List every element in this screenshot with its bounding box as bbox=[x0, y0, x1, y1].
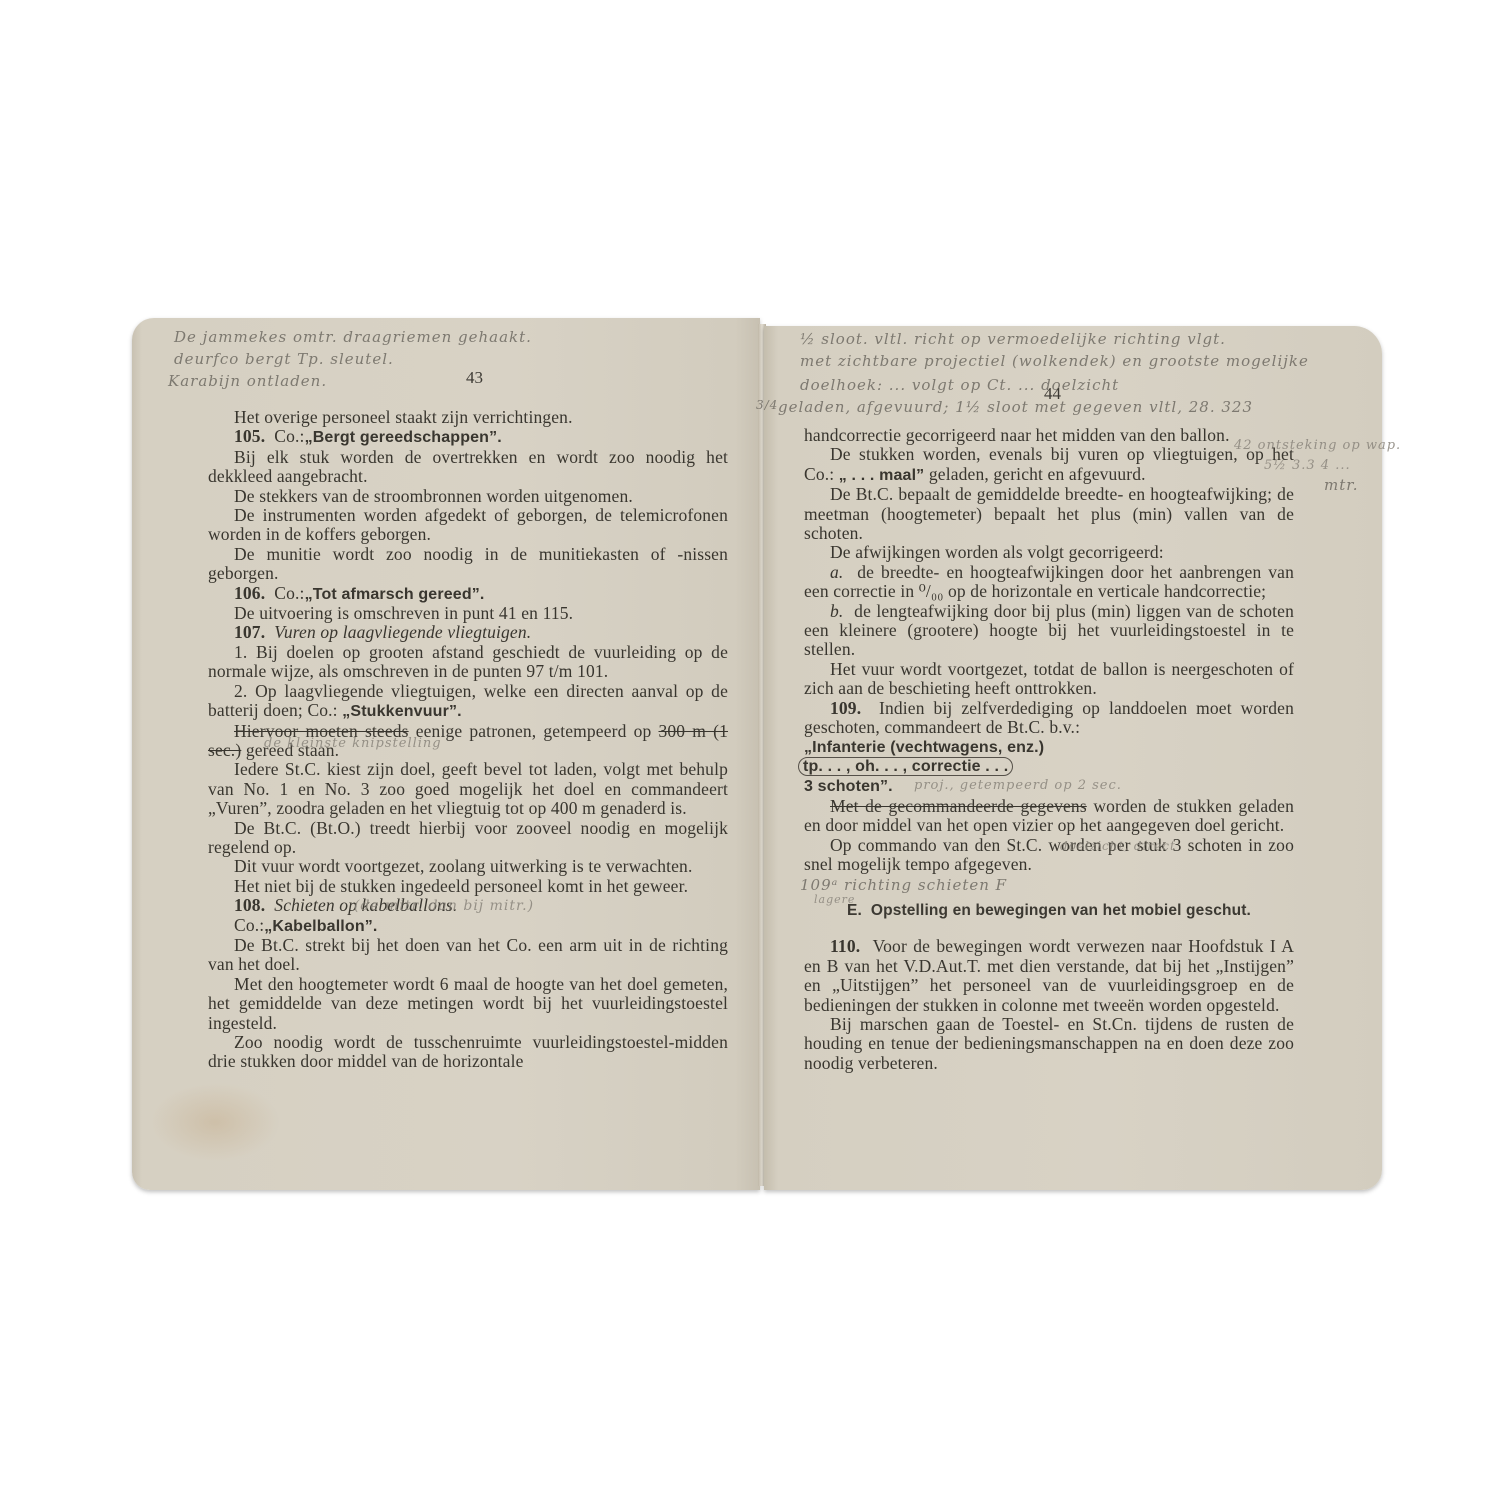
command-line-1: „Infanterie (vechtwagens, enz.) bbox=[804, 738, 1294, 757]
paragraph: Hiervoor moeten steeds eenige patronen, … bbox=[208, 722, 728, 761]
handwritten-note-top-line-3: doelhoek: ... volgt op Ct. ... doelzicht bbox=[800, 376, 1119, 394]
list-text: de breedte- en hoogteafwijkingen door he… bbox=[804, 562, 1294, 601]
list-item-a: a. de breedte- en hoogteafwijkingen door… bbox=[804, 563, 1294, 602]
paragraph-text: Indien bij zelfverdediging op landdoelen… bbox=[804, 698, 1294, 737]
paragraph: Zoo noodig wordt de tusschenruimte vuurl… bbox=[208, 1033, 728, 1072]
paragraph: De uitvoering is omschreven in punt 41 e… bbox=[208, 604, 728, 623]
command-text: „ . . . maal” bbox=[839, 467, 925, 484]
list-item-b: b. de lengteafwijking door bij plus (min… bbox=[804, 602, 1294, 660]
paragraph: Dit vuur wordt voortgezet, zoolang uitwe… bbox=[208, 857, 728, 876]
command-line-2: tp. . . , oh. . . , correctie . . . bbox=[804, 757, 1294, 776]
command-prefix: Co.: bbox=[274, 583, 304, 603]
command-line-3: 3 schoten”. proj., getempeerd op 2 sec. bbox=[804, 776, 1294, 796]
command-text: „Kabelballon”. bbox=[264, 918, 377, 935]
paragraph: De Bt.C. strekt bij het doen van het Co.… bbox=[208, 936, 728, 975]
paragraph: De afwijkingen worden als volgt gecorrig… bbox=[804, 543, 1294, 562]
handwritten-note-top-line-4: geladen, afgevuurd; 1½ sloot met gegeven… bbox=[778, 398, 1253, 416]
chapter-heading: E. Opstelling en bewegingen van het mobi… bbox=[804, 896, 1294, 921]
list-text: de lengteafwijking door bij plus (min) l… bbox=[804, 601, 1294, 660]
command-prefix: Co.: bbox=[234, 915, 264, 935]
list-label: a. bbox=[830, 562, 843, 582]
paragraph: Het niet bij de stukken ingedeeld person… bbox=[208, 877, 728, 896]
right-page-body: handcorrectie gecorrigeerd naar het midd… bbox=[804, 426, 1294, 1073]
command-line: Co.:„Kabelballon”. bbox=[208, 916, 728, 936]
paragraph: De stekkers van de stroombronnen worden … bbox=[208, 487, 728, 506]
paragraph: 1. Bij doelen op grooten afstand geschie… bbox=[208, 643, 728, 682]
paragraph-text: 2. Op laagvliegende vliegtuigen, welke e… bbox=[208, 681, 728, 720]
handwritten-note: proj., getempeerd op 2 sec. bbox=[914, 776, 1122, 795]
paragraph: 2. Op laagvliegende vliegtuigen, welke e… bbox=[208, 682, 728, 722]
left-page-body: Het overige personeel staakt zijn verric… bbox=[208, 408, 728, 1072]
paragraph: Met den hoogtemeter wordt 6 maal de hoog… bbox=[208, 975, 728, 1033]
handwritten-margin-note-3: mtr. bbox=[1324, 476, 1359, 494]
handwritten-note-top-line-1: De jammekes omtr. draagriemen gehaakt. bbox=[174, 328, 532, 346]
section-106: 106. Co.:„Tot afmarsch gereed”. bbox=[208, 584, 728, 604]
command-text: „Tot afmarsch gereed”. bbox=[305, 586, 485, 603]
paragraph-text: eenige patronen, getempeerd op bbox=[416, 721, 652, 741]
section-number: 110. bbox=[830, 936, 860, 956]
section-number: 106. bbox=[234, 583, 265, 603]
circled-command-text: tp. . . , oh. . . , correctie . . . bbox=[798, 757, 1013, 776]
paragraph: Het vuur wordt voortgezet, totdat de bal… bbox=[804, 660, 1294, 699]
handwritten-note: lagere bbox=[814, 890, 855, 909]
paragraph: Iedere St.C. kiest zijn doel, geeft beve… bbox=[208, 760, 728, 818]
page-number: 44 bbox=[1044, 384, 1061, 404]
command-text: 3 schoten”. bbox=[804, 778, 893, 795]
paragraph: Bij marschen gaan de Toestel- en St.Cn. … bbox=[804, 1015, 1294, 1073]
handwritten-line: 109ᵃ richting schieten F lagere bbox=[804, 874, 1294, 896]
section-number: 109. bbox=[830, 698, 861, 718]
paragraph: De Bt.C. bepaalt de gemiddelde breedte- … bbox=[804, 485, 1294, 543]
list-label: b. bbox=[830, 601, 843, 621]
page-number: 43 bbox=[466, 368, 483, 388]
struck-text: Met de gecommandeerde gegevens bbox=[830, 796, 1087, 816]
handwritten-note: doelzicht, direct bbox=[1034, 837, 1176, 856]
paragraph: De instrumenten worden afgedekt of gebor… bbox=[208, 506, 728, 545]
section-number: 105. bbox=[234, 426, 265, 446]
left-page: De jammekes omtr. draagriemen gehaakt. d… bbox=[132, 318, 760, 1190]
handwritten-note-top-line-2: deurfco bergt Tp. sleutel. bbox=[174, 350, 394, 368]
paragraph: De stukken worden, evenals bij vuren op … bbox=[804, 445, 1294, 485]
section-title: Vuren op laagvliegende vliegtuigen. bbox=[274, 622, 531, 642]
paragraph: Het overige personeel staakt zijn verric… bbox=[208, 408, 728, 427]
section-number: 107. bbox=[234, 622, 265, 642]
section-109: 109. Indien bij zelfverdediging op landd… bbox=[804, 699, 1294, 738]
water-stain bbox=[150, 1082, 280, 1162]
paragraph: De Bt.C. (Bt.O.) treedt hierbij voor zoo… bbox=[208, 819, 728, 858]
handwritten-note: (de mitr. dan bij mitr.) bbox=[328, 897, 534, 916]
open-book: De jammekes omtr. draagriemen gehaakt. d… bbox=[132, 318, 1382, 1190]
command-text: „Stukkenvuur”. bbox=[342, 703, 461, 720]
handwritten-note-top-line-2: met zichtbare projectiel (wolkendek) en … bbox=[800, 352, 1309, 370]
handwritten-note-top-line-3: Karabijn ontladen. bbox=[168, 372, 327, 390]
paragraph-text: Het niet bij de stukken ingedeeld person… bbox=[234, 876, 688, 896]
paragraph-text: geladen, gericht en afgevuurd. bbox=[929, 464, 1146, 484]
handwritten-note-top-line-1: ½ sloot. vltl. richt op vermoedelijke ri… bbox=[800, 330, 1226, 348]
paragraph: handcorrectie gecorrigeerd naar het midd… bbox=[804, 426, 1294, 445]
handwritten-insertion: de kleinste knipstelling bbox=[238, 734, 442, 753]
paragraph: Met de gecommandeerde gegevens worden de… bbox=[804, 797, 1294, 836]
paragraph-text: Voor de bewegingen wordt verwezen naar H… bbox=[804, 936, 1294, 1014]
heading-text: Opstelling en bewegingen van het mobiel … bbox=[871, 902, 1251, 919]
paragraph: De munitie wordt zoo noodig in de muniti… bbox=[208, 545, 728, 584]
paragraph: Bij elk stuk worden de overtrekken en wo… bbox=[208, 448, 728, 487]
command-text: „Bergt gereedschappen”. bbox=[305, 429, 502, 446]
section-105: 105. Co.:„Bergt gereedschappen”. bbox=[208, 427, 728, 447]
section-number: 108. bbox=[234, 895, 265, 915]
command-prefix: Co.: bbox=[274, 426, 304, 446]
handwritten-spine-note: 3/4 bbox=[756, 398, 778, 412]
section-110: 110. Voor de bewegingen wordt verwezen n… bbox=[804, 937, 1294, 1015]
right-page: ½ sloot. vltl. richt op vermoedelijke ri… bbox=[764, 326, 1382, 1190]
section-107: 107. Vuren op laagvliegende vliegtuigen. bbox=[208, 623, 728, 642]
